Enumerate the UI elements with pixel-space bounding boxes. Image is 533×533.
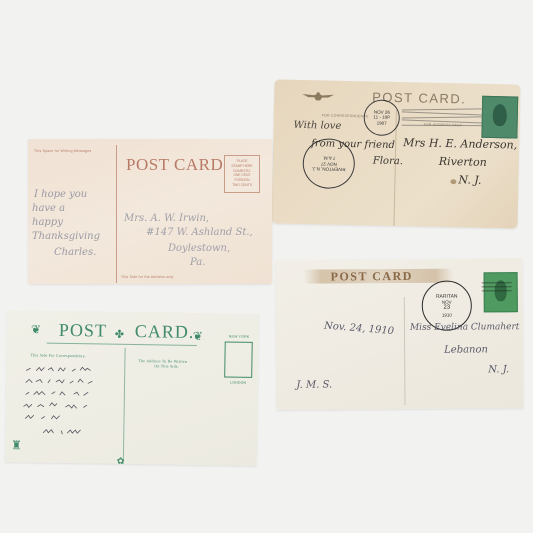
stamp-box: PLACE STAMP HERE DOMESTIC ONE CENT FOREI… bbox=[224, 155, 260, 193]
address-line: N. J. bbox=[488, 364, 509, 375]
card-header: POST CARD bbox=[331, 269, 413, 285]
card-header: POST CARD bbox=[126, 155, 223, 175]
message-line: Charles. bbox=[54, 247, 96, 258]
message-label: This Space for Writing Messages bbox=[34, 149, 92, 153]
message-date: Nov. 24, 1910 bbox=[324, 320, 395, 337]
stamp-one-cent-green bbox=[484, 272, 518, 312]
card-header-post: POST bbox=[59, 320, 107, 342]
shorthand-message bbox=[21, 364, 122, 450]
address-line: N. J. bbox=[458, 173, 481, 186]
floral-ornament-icon: ✤ bbox=[115, 328, 124, 341]
address-label: This Side for the Address only bbox=[121, 275, 174, 279]
message-line: Flora. bbox=[373, 156, 403, 168]
message-line: have a bbox=[32, 203, 65, 214]
stain bbox=[450, 179, 456, 184]
address-label: On This Side. bbox=[154, 363, 179, 368]
stamp-one-cent-green bbox=[481, 96, 518, 139]
address-line: #147 W. Ashland St., bbox=[146, 227, 253, 238]
postcard-left: This Space for Writing Messages POST CAR… bbox=[28, 139, 272, 284]
postcard-bottom-left: ❦ POST ✤ CARD. ❦ This Side For Correspon… bbox=[5, 310, 259, 466]
message-line: With love bbox=[293, 120, 341, 132]
message-line: happy bbox=[32, 217, 63, 228]
message-signature: J. M. S. bbox=[296, 379, 332, 390]
eagle-emblem-icon bbox=[300, 88, 336, 99]
header-rule bbox=[47, 343, 197, 346]
correspondence-label: FOR CORRESPONDENCE bbox=[322, 113, 369, 118]
monogram-ornament-icon: ✿ bbox=[117, 456, 125, 466]
stamp-box-bottom: LONDON bbox=[230, 381, 246, 385]
postcard-bottom-right: POST CARD RARITAN NOV 23 1910 Nov. 24, 1… bbox=[275, 258, 523, 410]
publisher-logo-icon: ♜ bbox=[11, 438, 22, 453]
address-line: Mrs H. E. Anderson, bbox=[403, 136, 517, 151]
address-line: Pa. bbox=[190, 257, 205, 268]
card-divider bbox=[116, 145, 117, 283]
address-line: Doylestown, bbox=[168, 243, 230, 254]
message-line: from your friend bbox=[311, 138, 395, 151]
floral-ornament-icon: ❦ bbox=[31, 322, 41, 337]
postcard-top-right: POST CARD. FOR CORRESPONDENCE FOR ADDRES… bbox=[272, 79, 521, 228]
message-line: I hope you bbox=[34, 189, 87, 200]
floral-ornament-icon: ❦ bbox=[193, 329, 203, 344]
address-line: Lebanon bbox=[444, 344, 488, 355]
address-line: Miss Evelina Clumahert bbox=[410, 322, 520, 333]
correspondence-label: This Side For Correspondence. bbox=[30, 352, 86, 358]
message-line: Thanksgiving bbox=[32, 231, 100, 242]
address-line: Mrs. A. W. Irwin, bbox=[124, 213, 209, 224]
address-line: Riverton bbox=[439, 155, 487, 169]
stamp-box bbox=[224, 341, 253, 377]
card-divider bbox=[123, 348, 126, 464]
card-divider bbox=[404, 297, 406, 405]
stamp-box-top: NEW YORK bbox=[229, 335, 250, 339]
card-header-card: CARD. bbox=[135, 321, 195, 343]
